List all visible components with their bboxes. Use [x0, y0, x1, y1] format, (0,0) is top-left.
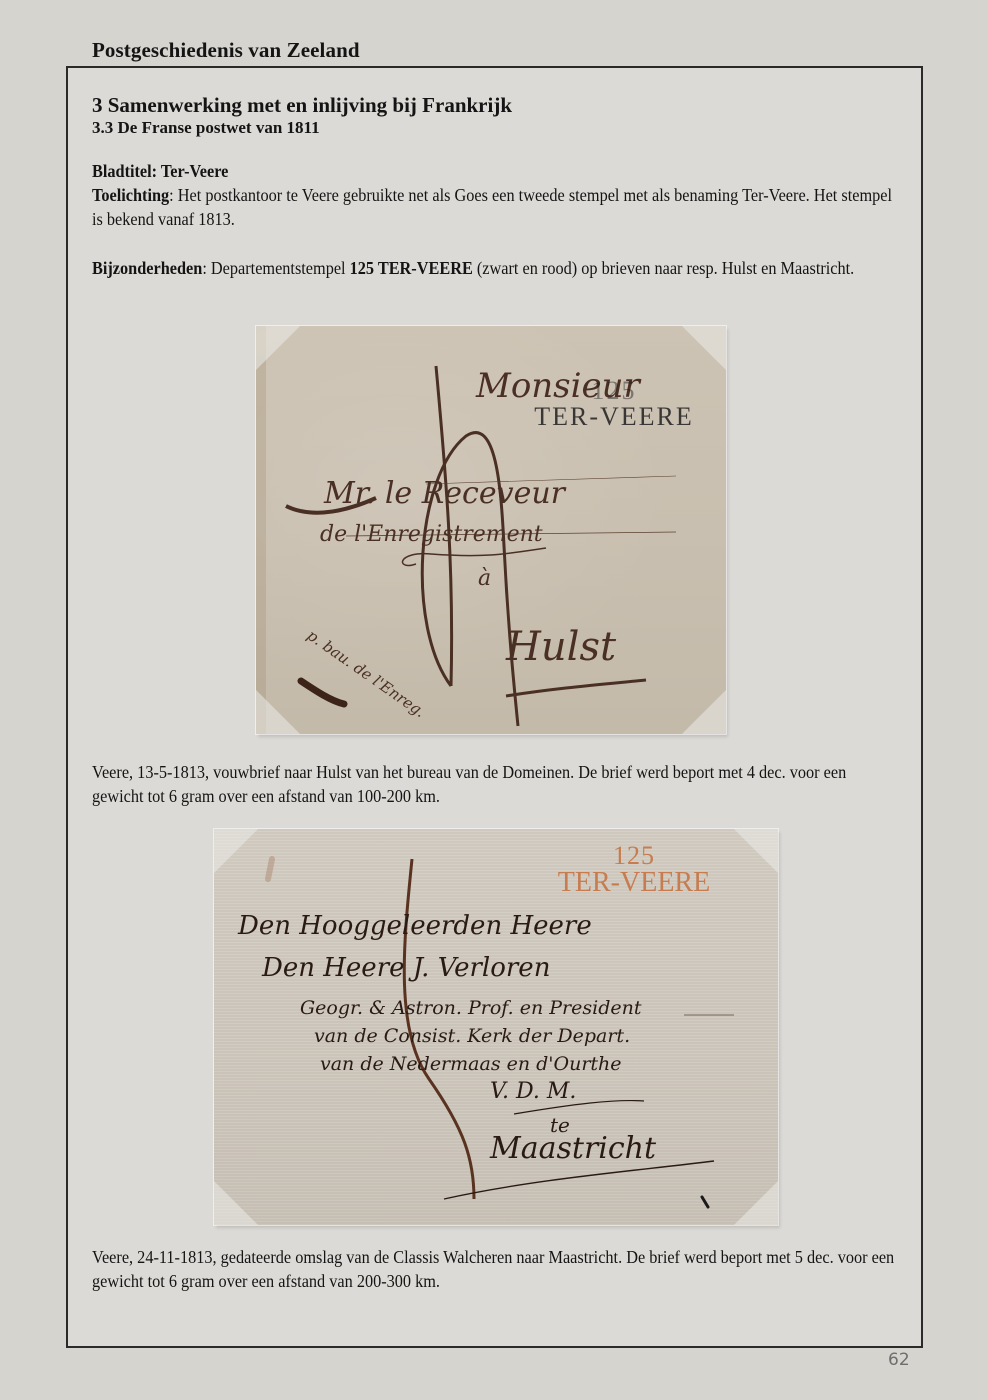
- address-line: Geogr. & Astron. Prof. en President: [300, 997, 641, 1019]
- letter-caption-hulst: Veere, 13-5-1813, vouwbrief naar Hulst v…: [92, 760, 901, 808]
- page-number: 62: [888, 1350, 910, 1370]
- stamp-name: TER-VEERE: [514, 404, 714, 430]
- address-line: van de Nedermaas en d'Ourthe: [320, 1053, 622, 1075]
- bijzonderheden-suffix: (zwart en rood) op brieven naar resp. Hu…: [473, 258, 854, 278]
- toelichting: Toelichting: Het postkantoor te Veere ge…: [92, 183, 901, 231]
- bijzonderheden-stamp: 125 TER-VEERE: [350, 258, 473, 278]
- bladtitel: Bladtitel: Ter-Veere: [92, 159, 901, 183]
- address-line: Den Hooggeleerden Heere: [238, 911, 592, 941]
- letter-image-hulst: Monsieur 125 TER-VEERE Mr. le Receveur d…: [256, 326, 726, 734]
- toelichting-text: : Het postkantoor te Veere gebruikte net…: [92, 185, 892, 229]
- bijzonderheden-prefix: : Departementstempel: [202, 258, 349, 278]
- address-line: Hulst: [506, 624, 616, 670]
- toelichting-label: Toelichting: [92, 185, 169, 205]
- bijzonderheden: Bijzonderheden: Departementstempel 125 T…: [92, 256, 901, 280]
- address-line: van de Consist. Kerk der Depart.: [314, 1025, 630, 1047]
- address-line: à: [478, 566, 491, 591]
- address-line: Den Heere J. Verloren: [262, 953, 550, 983]
- stamp-number: 125: [529, 843, 739, 869]
- departement-stamp-red: 125 TER-VEERE: [529, 843, 739, 897]
- bijzonderheden-label: Bijzonderheden: [92, 258, 202, 278]
- address-line: V. D. M.: [490, 1079, 576, 1104]
- address-line: de l'Enregistrement: [320, 522, 543, 547]
- section-subtitle: 3.3 De Franse postwet van 1811: [92, 118, 320, 138]
- bladtitel-label: Bladtitel: Ter-Veere: [92, 161, 228, 181]
- address-line: Mr. le Receveur: [324, 476, 565, 511]
- stamp-number: 125: [514, 378, 714, 404]
- departement-stamp-black: 125 TER-VEERE: [514, 378, 714, 430]
- letter-caption-maastricht: Veere, 24-11-1813, gedateerde omslag van…: [92, 1245, 901, 1293]
- letter-image-maastricht: 125 TER-VEERE Den Hooggeleerden Heere De…: [214, 829, 778, 1225]
- address-line: Maastricht: [490, 1131, 656, 1166]
- section-title: 3 Samenwerking met en inlijving bij Fran…: [92, 93, 512, 118]
- stamp-name: TER-VEERE: [529, 869, 739, 897]
- page-header: Postgeschiedenis van Zeeland: [92, 38, 360, 63]
